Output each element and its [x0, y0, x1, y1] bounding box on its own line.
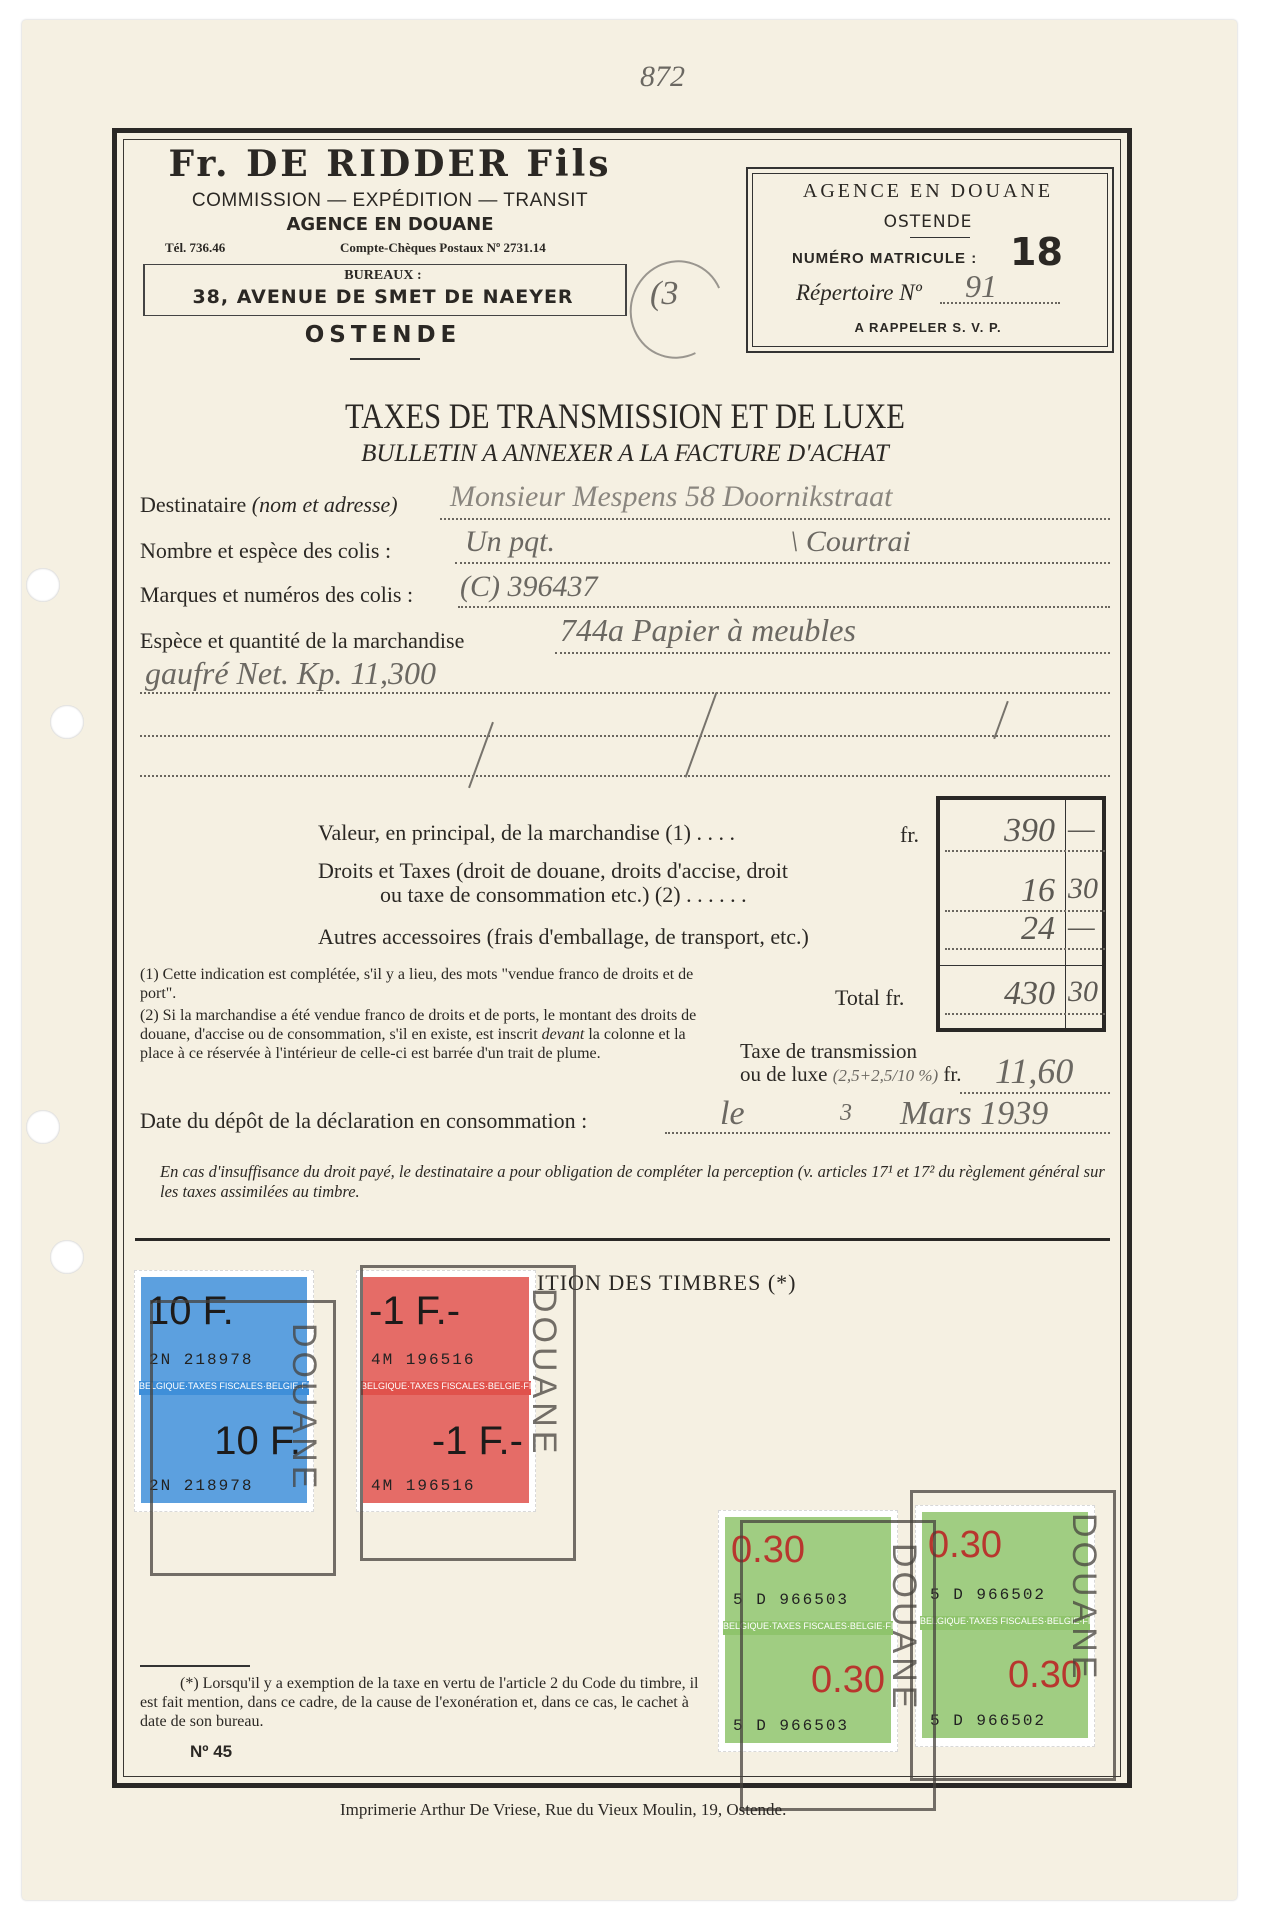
customs-cancel-postmark: DOUANE	[150, 1300, 336, 1576]
company-services: COMMISSION — EXPÉDITION — TRANSIT	[140, 190, 640, 212]
company-agency: AGENCE EN DOUANE	[140, 214, 640, 235]
amount-francs[interactable]: 24	[955, 910, 1055, 948]
company-tel: Tél. 736.46	[165, 240, 225, 256]
form-subtitle: BULLETIN A ANNEXER A LA FACTURE D'ACHAT	[120, 440, 1130, 468]
colis-value-city[interactable]: \ Courtrai	[790, 525, 911, 559]
date-label: Date du dépôt de la déclaration en conso…	[140, 1108, 587, 1134]
printer-credit: Imprimerie Arthur De Vriese, Rue du Vieu…	[340, 1800, 786, 1820]
customs-cancel-postmark: DOUANE	[910, 1490, 1116, 1781]
marques-value[interactable]: (C) 396437	[460, 570, 598, 604]
punch-hole	[26, 1110, 60, 1144]
agency-box-title: AGENCE EN DOUANE	[746, 180, 1110, 203]
total-label: Total fr.	[835, 985, 904, 1011]
matricule-value: 18	[1010, 230, 1063, 274]
espece-value[interactable]: 744a Papier à meubles	[560, 612, 856, 649]
total-francs[interactable]: 430	[955, 975, 1055, 1013]
pencil-circle-note: (3	[650, 275, 678, 313]
company-postal-account: Compte-Chèques Postaux Nº 2731.14	[340, 240, 546, 256]
destinataire-label: Destinataire (nom et adresse)	[140, 492, 398, 518]
company-name: Fr. DE RIDDER Fils	[140, 143, 640, 185]
punch-hole	[50, 1240, 84, 1274]
pencil-note: 872	[640, 60, 685, 94]
colis-value[interactable]: Un pqt.	[465, 525, 555, 559]
amount-cents[interactable]: 30	[1068, 872, 1108, 906]
date-prefix[interactable]: le	[720, 1095, 745, 1133]
currency-label: fr.	[900, 822, 919, 848]
divider	[350, 358, 420, 360]
amount-cents[interactable]: —	[1068, 910, 1108, 944]
repertoire-label: Répertoire Nº	[796, 280, 922, 306]
droits-label-2: ou taxe de consommation etc.) (2) . . . …	[380, 882, 747, 908]
stamps-footnote: (*) Lorsqu'il y a exemption de la taxe e…	[140, 1674, 700, 1734]
company-city: OSTENDE	[143, 322, 623, 348]
agency-box-city: OSTENDE	[746, 212, 1110, 232]
amount-francs[interactable]: 16	[955, 872, 1055, 910]
bureaux-label: BUREAUX :	[143, 268, 623, 284]
autres-label: Autres accessoires (frais d'emballage, d…	[318, 924, 809, 950]
customs-cancel-postmark: DOUANE	[740, 1520, 936, 1811]
insufficiency-note: En cas d'insuffisance du droit payé, le …	[160, 1162, 1110, 1202]
divider	[140, 1665, 250, 1667]
date-day[interactable]: 3	[840, 1100, 852, 1127]
reminder-text: A RAPPELER S. V. P.	[746, 320, 1110, 335]
total-cents[interactable]: 30	[1068, 975, 1108, 1009]
destinataire-value[interactable]: Monsieur Mespens 58 Doornikstraat	[450, 480, 892, 514]
matricule-label: NUMÉRO MATRICULE :	[792, 250, 977, 267]
tax-label: Taxe de transmissionou de luxe (2,5+2,5/…	[740, 1040, 962, 1087]
date-month-year[interactable]: Mars 1939	[900, 1095, 1048, 1133]
customs-cancel-postmark: DOUANE	[360, 1265, 576, 1561]
footnote-2: (2) Si la marchandise a été vendue franc…	[140, 1006, 720, 1063]
espece-label: Espèce et quantité de la marchandise	[140, 628, 464, 654]
espece-value-2[interactable]: gaufré Net. Kp. 11,300	[145, 655, 436, 692]
valeur-label: Valeur, en principal, de la marchandise …	[318, 820, 735, 846]
form-title: TAXES DE TRANSMISSION ET DE LUXE	[196, 395, 1055, 437]
amount-cents[interactable]: —	[1068, 812, 1108, 846]
marques-label: Marques et numéros des colis :	[140, 582, 413, 608]
tax-value[interactable]: 11,60	[995, 1050, 1073, 1092]
punch-hole	[50, 705, 84, 739]
punch-hole	[26, 568, 60, 602]
form-number: Nº 45	[190, 1742, 232, 1762]
repertoire-value: 91	[965, 268, 997, 305]
section-divider	[135, 1238, 1110, 1241]
company-address: 38, AVENUE DE SMET DE NAEYER	[143, 286, 623, 308]
divider	[910, 237, 970, 238]
colis-label: Nombre et espèce des colis :	[140, 538, 391, 564]
footnote-1: (1) Cette indication est complétée, s'il…	[140, 965, 720, 1003]
amount-francs[interactable]: 390	[955, 812, 1055, 850]
droits-label-1: Droits et Taxes (droit de douane, droits…	[318, 858, 788, 884]
